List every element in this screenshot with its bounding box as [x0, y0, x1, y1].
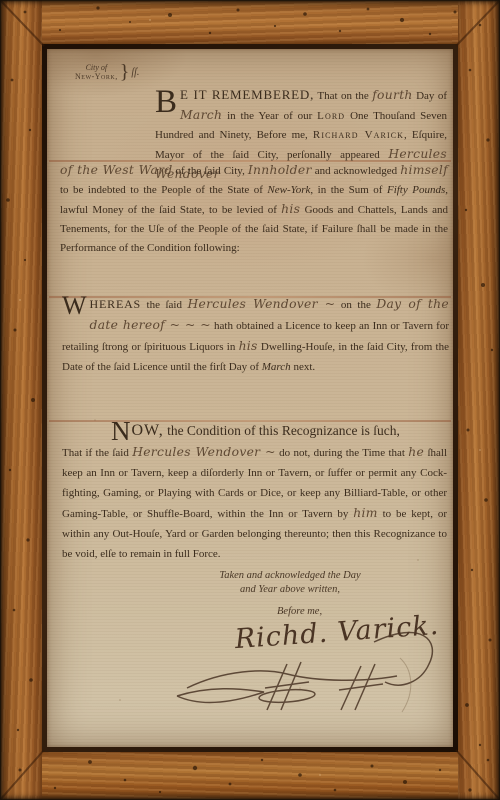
text-segment-script: Innholder — [248, 163, 312, 177]
condition-headline-rest: the Condition of this Recognizance is ſu… — [164, 423, 400, 438]
framed-document-photo: City of New-York, } ſſ. BE IT REMEMBERED… — [0, 0, 500, 800]
whereas-dropcap: W — [62, 294, 90, 318]
document-paper: City of New-York, } ſſ. BE IT REMEMBERED… — [47, 49, 453, 747]
text-segment-script: fourth — [372, 88, 412, 102]
jurisdiction-mark: ſſ. — [131, 67, 139, 78]
text-segment-script: Hercules Wendover ~ — [187, 297, 335, 311]
jurisdiction-block: City of New-York, } ſſ. — [75, 62, 139, 82]
condition-paragraph: That if the ſaid Hercules Wendover ~ do … — [62, 442, 447, 564]
text-segment-script: of the West Ward — [60, 163, 173, 177]
attestation-line1: Taken and acknowledged the Day — [219, 570, 360, 581]
text-segment-italic: New-York — [267, 184, 310, 196]
text-segment-print: That if the ſaid — [62, 447, 132, 459]
text-segment-script: himself — [400, 163, 448, 177]
text-segment-print: , in the Sum of — [310, 184, 387, 196]
attestation-line2: and Year above written, — [240, 584, 340, 595]
text-segment-script: his — [239, 339, 258, 353]
jurisdiction-line2: New-York, — [75, 72, 118, 81]
text-segment-italic: March — [262, 361, 291, 373]
jurisdiction-line1: City of — [75, 63, 118, 72]
text-segment-script: his — [281, 202, 300, 216]
condition-caps: OW, — [132, 422, 164, 439]
whereas-paragraph: WHEREAS the ſaid Hercules Wendover ~ on … — [62, 294, 449, 377]
brace-glyph: } — [120, 62, 130, 82]
text-segment-spacedcaps: Richard Varick — [313, 129, 404, 141]
text-segment-italic: Fifty Pounds — [387, 184, 445, 196]
text-segment-print: in the Year of our — [222, 110, 317, 122]
text-segment-script: March — [180, 108, 222, 122]
frame-rail-top — [0, 0, 500, 44]
text-segment-print: do not, during the Time that — [276, 447, 408, 459]
condition-dropcap: N — [111, 416, 132, 446]
text-segment-print: and acknowledged — [312, 165, 401, 177]
opening-dropcap: B — [155, 85, 180, 117]
text-segment-print: Day of — [413, 90, 447, 102]
frame-rail-left — [0, 0, 42, 800]
text-segment-print: the ſaid — [141, 299, 187, 311]
frame-opening: City of New-York, } ſſ. BE IT REMEMBERED… — [42, 44, 458, 752]
text-segment-spacedcaps: Lord — [317, 110, 345, 122]
opening-paragraph-body: of the West Ward of the ſaid City, Innho… — [60, 161, 448, 258]
attestation-block: Taken and acknowledged the Day and Year … — [160, 569, 420, 597]
frame-rail-right — [458, 0, 500, 800]
text-segment-print: That on the — [314, 90, 372, 102]
frame-rail-bottom — [0, 752, 500, 800]
text-segment-script: Hercules Wendover ~ — [132, 445, 276, 459]
opening-caps: E IT REMEMBERED, — [180, 87, 314, 102]
text-segment-print: next. — [291, 361, 315, 373]
text-segment-script: him — [353, 506, 377, 520]
text-segment-script: he — [408, 445, 424, 459]
jurisdiction-lines: City of New-York, — [75, 63, 118, 81]
text-segment-print: to be indebted to the People of the Stat… — [60, 184, 267, 196]
text-segment-print: of the ſaid City, — [173, 165, 248, 177]
whereas-caps: HEREAS — [90, 297, 141, 311]
text-segment-print: on the — [335, 299, 376, 311]
